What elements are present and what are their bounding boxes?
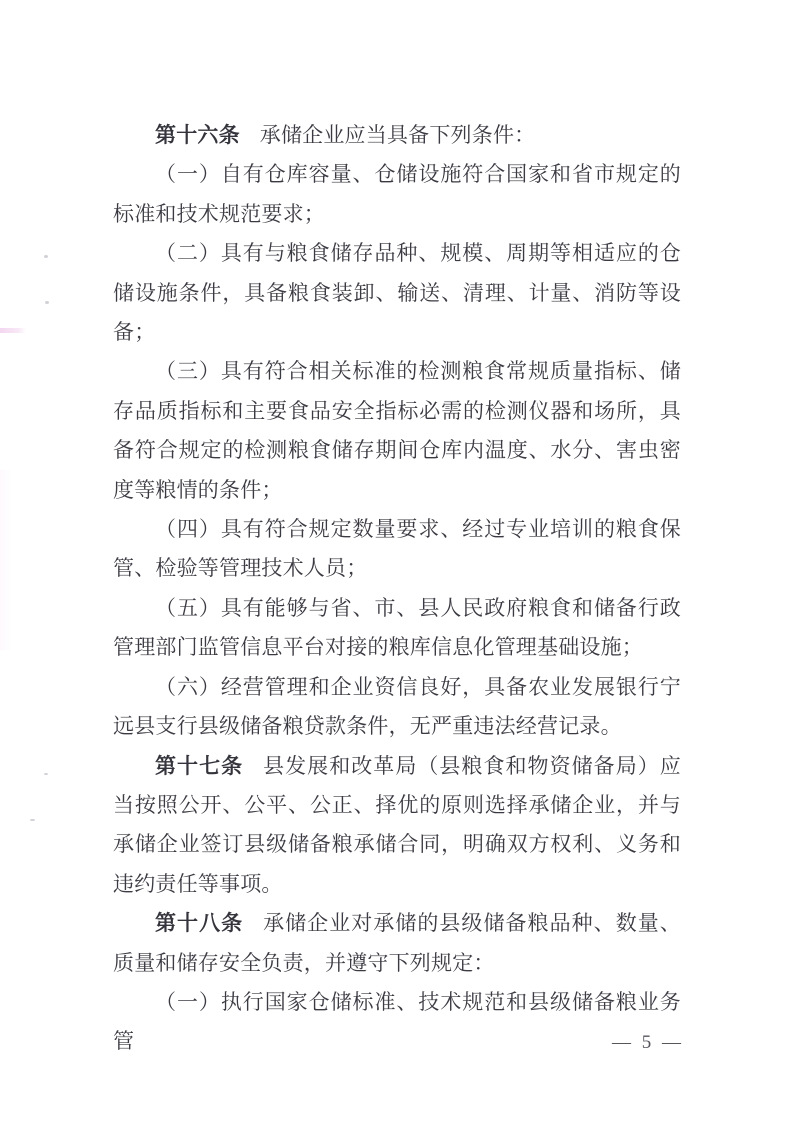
document-page: 第十六条承储企业应当具备下列条件：（一）自有仓库容量、仓储设施符合国家和省市规定… — [0, 0, 793, 1122]
paragraph: 第十七条县发展和改革局（县粮食和物资储备局）应当按照公开、公平、公正、择优的原则… — [113, 747, 681, 905]
article-number: 第十七条 — [155, 754, 243, 778]
scan-speck — [30, 819, 35, 821]
paragraph-text: （四）具有符合规定数量要求、经过专业培训的粮食保管、检验等管理技术人员； — [113, 517, 681, 580]
paragraph-text: （二）具有与粮食储存品种、规模、周期等相适应的仓储设施条件，具备粮食装卸、输送、… — [113, 241, 681, 344]
paragraph-text: （三）具有符合相关标准的检测粮食常规质量指标、储存品质指标和主要食品安全指标必需… — [113, 359, 681, 501]
paragraph: （三）具有符合相关标准的检测粮食常规质量指标、储存品质指标和主要食品安全指标必需… — [113, 352, 681, 510]
scan-speck — [44, 773, 48, 775]
scan-speck — [45, 301, 49, 304]
paragraph-text: （六）经营管理和企业资信良好，具备农业发展银行宁远县支行县级储备粮贷款条件，无严… — [113, 675, 681, 738]
document-body: 第十六条承储企业应当具备下列条件：（一）自有仓库容量、仓储设施符合国家和省市规定… — [113, 116, 681, 1062]
paragraph: 第十八条承储企业对承储的县级储备粮品种、数量、质量和储存安全负责，并遵守下列规定… — [113, 904, 681, 983]
page-number: — 5 — — [612, 1030, 722, 1056]
paragraph: 第十六条承储企业应当具备下列条件： — [113, 116, 681, 155]
paragraph: （一）执行国家仓储标准、技术规范和县级储备粮业务管 — [113, 983, 681, 1062]
paragraph-text: （一）执行国家仓储标准、技术规范和县级储备粮业务管 — [113, 990, 681, 1053]
scan-speck — [44, 255, 48, 258]
paragraph: （四）具有符合规定数量要求、经过专业培训的粮食保管、检验等管理技术人员； — [113, 510, 681, 589]
paragraph: （六）经营管理和企业资信良好，具备农业发展银行宁远县支行县级储备粮贷款条件，无严… — [113, 668, 681, 747]
scan-edge-tint — [0, 470, 12, 650]
paragraph-text: （五）具有能够与省、市、县人民政府粮食和储备行政管理部门监管信息平台对接的粮库信… — [113, 596, 681, 659]
scan-smudge — [0, 328, 26, 333]
paragraph: （二）具有与粮食储存品种、规模、周期等相适应的仓储设施条件，具备粮食装卸、输送、… — [113, 234, 681, 352]
paragraph-text: 承储企业应当具备下列条件： — [260, 123, 536, 147]
paragraph: （一）自有仓库容量、仓储设施符合国家和省市规定的标准和技术规范要求； — [113, 155, 681, 234]
paragraph-text: （一）自有仓库容量、仓储设施符合国家和省市规定的标准和技术规范要求； — [113, 162, 681, 225]
paragraph: （五）具有能够与省、市、县人民政府粮食和储备行政管理部门监管信息平台对接的粮库信… — [113, 589, 681, 668]
article-number: 第十八条 — [155, 911, 243, 935]
article-number: 第十六条 — [155, 123, 240, 147]
